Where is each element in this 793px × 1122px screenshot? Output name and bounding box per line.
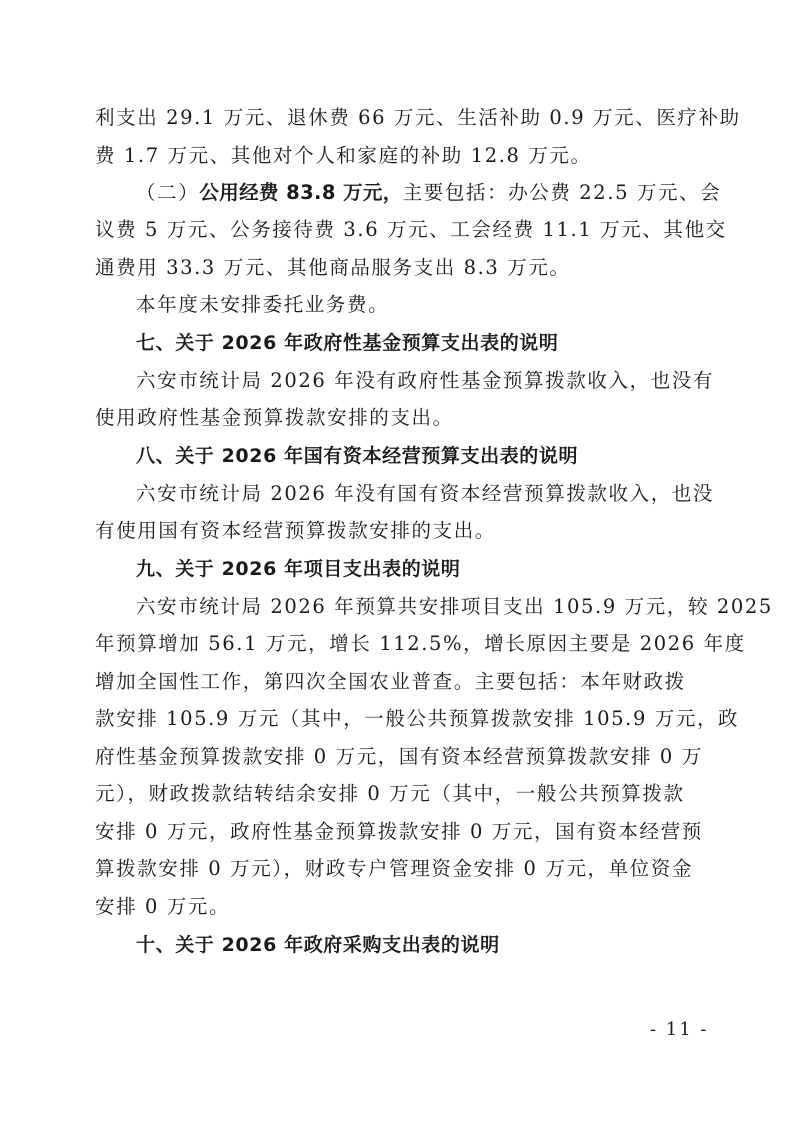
- body-text-line: 府性基金预算拨款安排 0 万元，国有资本经营预算拨款安排 0 万: [95, 744, 703, 770]
- body-text-line: 使用政府性基金预算拨款安排的支出。: [95, 405, 454, 431]
- public-funds-total: 公用经费 83.8 万元，: [199, 181, 402, 204]
- body-text-line: 有使用国有资本经营预算拨款安排的支出。: [95, 518, 496, 544]
- section-heading: 十、关于 2026 年政府采购支出表的说明: [136, 932, 500, 958]
- body-text-line: 费 1.7 万元、其他对个人和家庭的补助 12.8 万元。: [95, 143, 592, 169]
- body-text-line: 通费用 33.3 万元、其他商品服务支出 8.3 万元。: [95, 255, 571, 281]
- public-funds-paragraph: （二）公用经费 83.8 万元，主要包括：办公费 22.5 万元、会: [136, 180, 721, 206]
- section-heading: 九、关于 2026 年项目支出表的说明: [136, 556, 461, 582]
- public-funds-prefix: （二）: [136, 181, 199, 204]
- body-text-line: 款安排 105.9 万元（其中，一般公共预算拨款安排 105.9 万元，政: [95, 706, 739, 732]
- section-heading: 七、关于 2026 年政府性基金预算支出表的说明: [136, 330, 559, 356]
- section-heading: 八、关于 2026 年国有资本经营预算支出表的说明: [136, 443, 578, 469]
- page-number: - 11 -: [650, 1019, 709, 1040]
- body-text-line: 增加全国性工作，第四次全国农业普查。主要包括：本年财政拨: [95, 669, 686, 695]
- body-text-line: 安排 0 万元，政府性基金预算拨款安排 0 万元，国有资本经营预: [95, 819, 703, 845]
- body-text-line: 六安市统计局 2026 年没有政府性基金预算拨款收入，也没有: [136, 368, 714, 394]
- body-text-line: 六安市统计局 2026 年没有国有资本经营预算拨款收入，也没: [136, 481, 714, 507]
- body-text-line: 安排 0 万元。: [95, 894, 230, 920]
- body-text-line: 算拨款安排 0 万元），财政专户管理资金安排 0 万元，单位资金: [95, 856, 693, 882]
- body-text-line: 六安市统计局 2026 年预算共安排项目支出 105.9 万元，较 2025: [136, 594, 773, 620]
- public-funds-rest: 主要包括：办公费 22.5 万元、会: [403, 181, 722, 204]
- body-text-line: 利支出 29.1 万元、退休费 66 万元、生活补助 0.9 万元、医疗补助: [95, 105, 741, 131]
- body-text-line: 议费 5 万元、公务接待费 3.6 万元、工会经费 11.1 万元、其他交: [95, 217, 727, 243]
- body-text-line: 年预算增加 56.1 万元，增长 112.5%，增长原因主要是 2026 年度: [95, 631, 746, 657]
- body-text-line: 元），财政拨款结转结余安排 0 万元（其中，一般公共预算拨款: [95, 781, 685, 807]
- entrusted-note: 本年度未安排委托业务费。: [136, 292, 389, 318]
